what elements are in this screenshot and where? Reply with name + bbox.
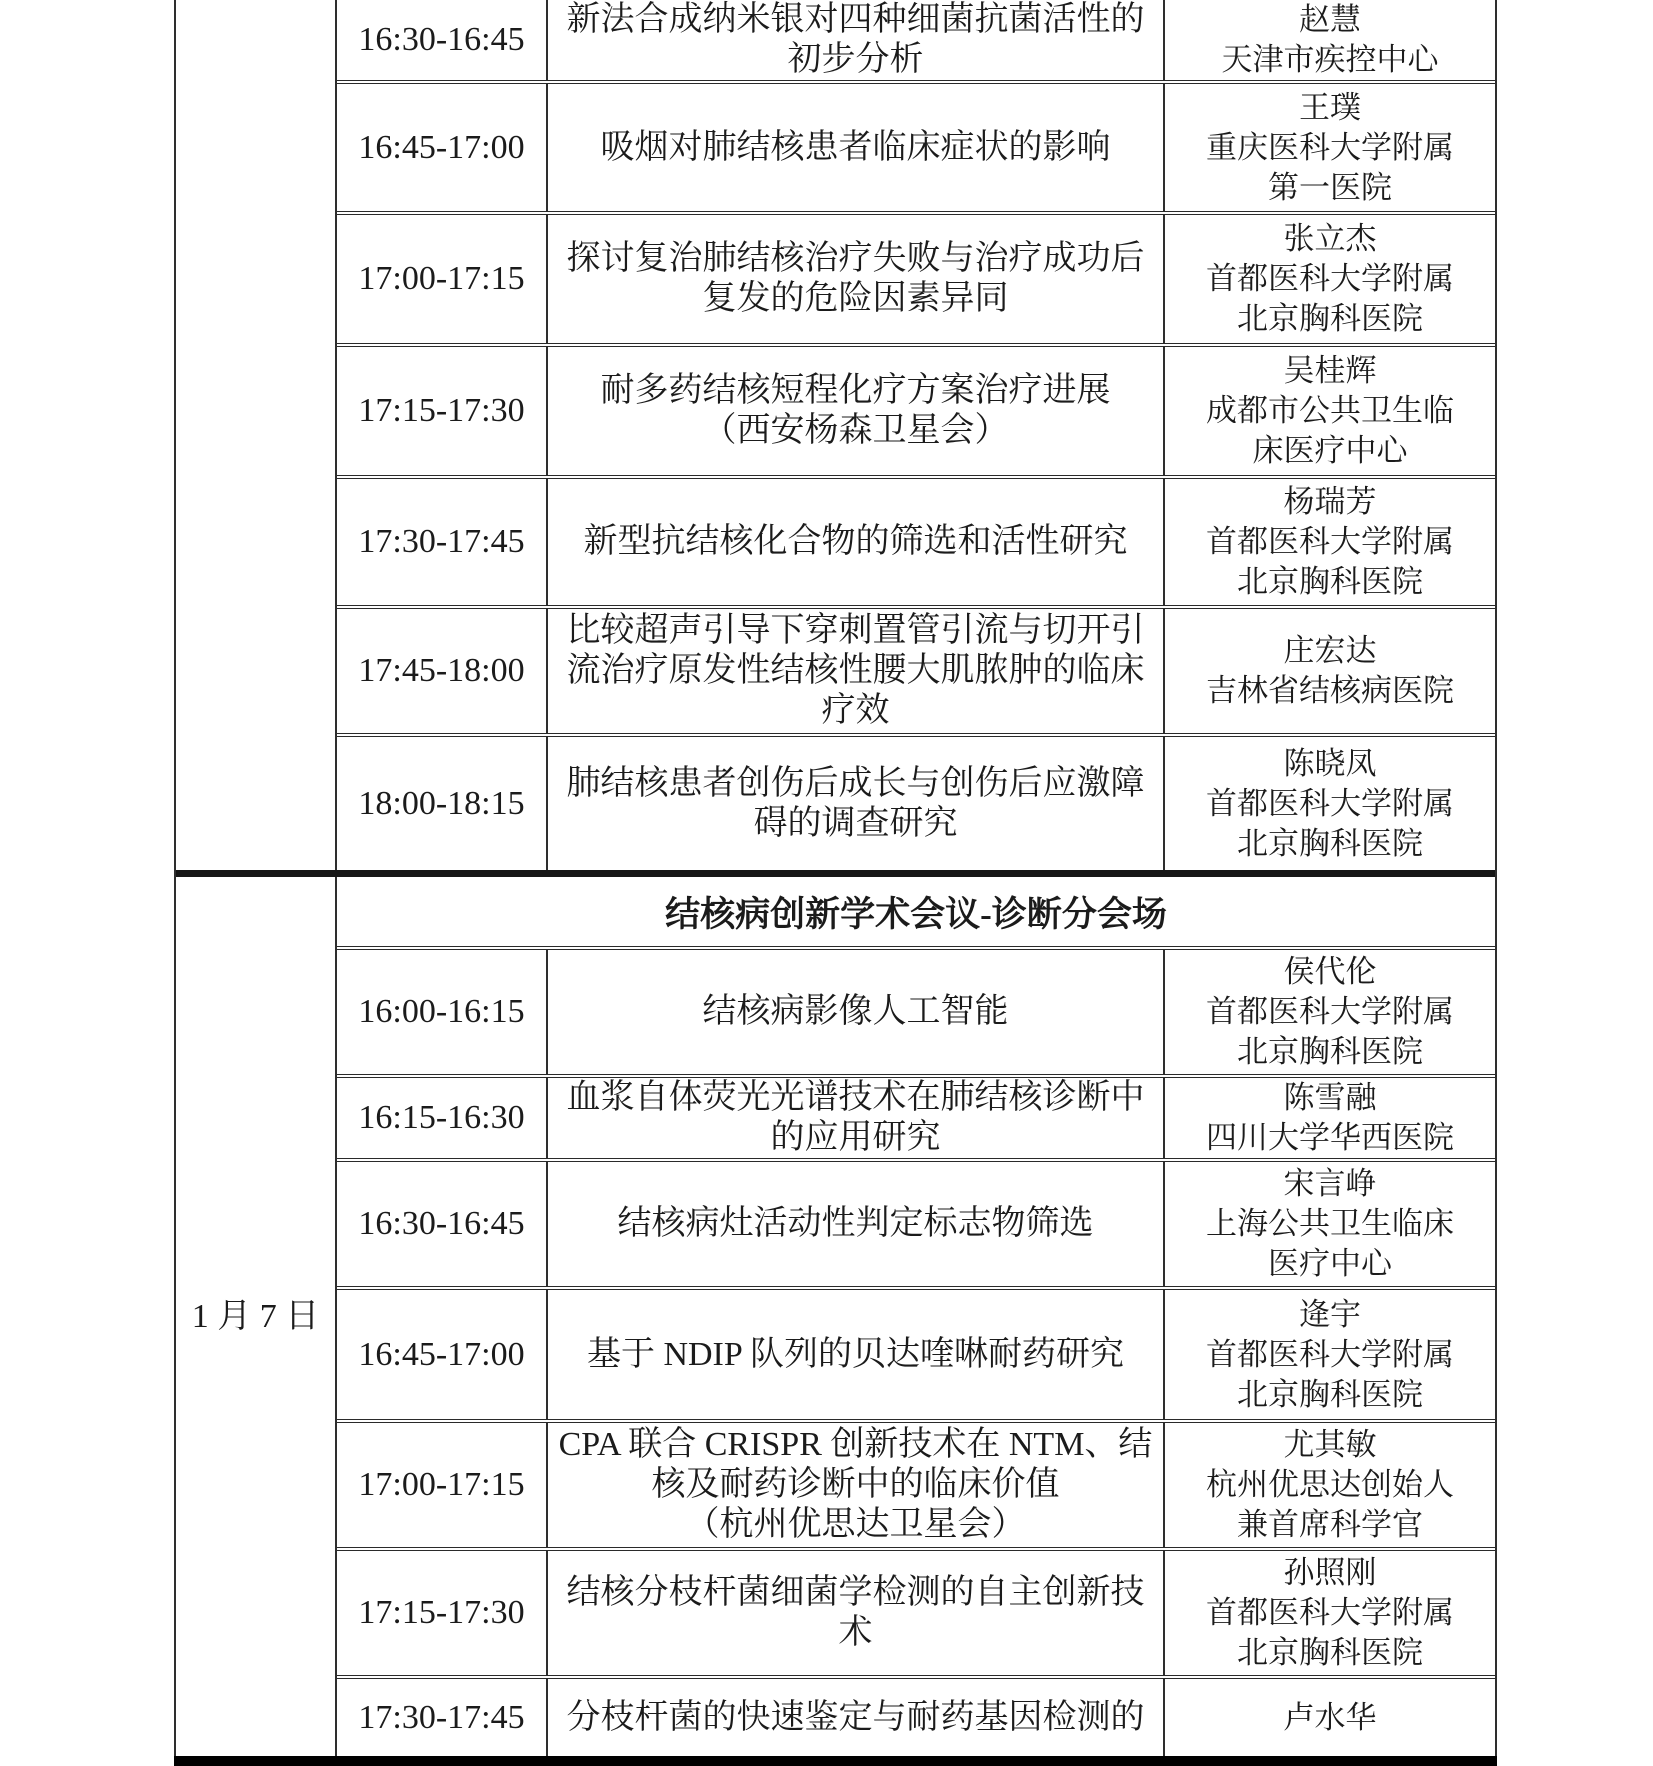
date-cell <box>176 0 337 870</box>
title-cell: 结核分枝杆菌细菌学检测的自主创新技术 <box>548 1551 1165 1675</box>
time-cell: 17:00-17:15 <box>337 1423 548 1547</box>
time-cell: 17:15-17:30 <box>337 1551 548 1675</box>
time-cell: 16:00-16:15 <box>337 950 548 1074</box>
title-cell: 新法合成纳米银对四种细菌抗菌活性的初步分析 <box>548 0 1165 80</box>
time-cell: 17:45-18:00 <box>337 609 548 733</box>
title-cell: 结核病影像人工智能 <box>548 950 1165 1074</box>
speaker-cell: 张立杰 首都医科大学附属北京胸科医院 <box>1165 215 1495 343</box>
speaker-cell: 杨瑞芳 首都医科大学附属北京胸科医院 <box>1165 479 1495 605</box>
day-group: 16:30-16:45新法合成纳米银对四种细菌抗菌活性的初步分析赵慧 天津市疾控… <box>176 0 1495 877</box>
title-cell: 耐多药结核短程化疗方案治疗进展 （西安杨森卫星会） <box>548 347 1165 475</box>
schedule-row: 16:45-17:00基于 NDIP 队列的贝达喹啉耐药研究逄宇 首都医科大学附… <box>337 1290 1495 1423</box>
schedule-row: 18:00-18:15肺结核患者创伤后成长与创伤后应激障碍的调查研究陈晓凤 首都… <box>337 737 1495 870</box>
title-cell: 分枝杆菌的快速鉴定与耐药基因检测的 <box>548 1679 1165 1756</box>
time-cell: 18:00-18:15 <box>337 737 548 870</box>
time-cell: 16:30-16:45 <box>337 0 548 80</box>
time-cell: 16:15-16:30 <box>337 1078 548 1158</box>
time-cell: 16:45-17:00 <box>337 84 548 211</box>
speaker-cell: 孙照刚 首都医科大学附属北京胸科医院 <box>1165 1551 1495 1675</box>
schedule-row: 16:00-16:15结核病影像人工智能侯代伦 首都医科大学附属北京胸科医院 <box>337 950 1495 1078</box>
speaker-cell: 逄宇 首都医科大学附属北京胸科医院 <box>1165 1290 1495 1419</box>
time-cell: 17:30-17:45 <box>337 1679 548 1756</box>
title-cell: 基于 NDIP 队列的贝达喹啉耐药研究 <box>548 1290 1165 1419</box>
title-cell: 肺结核患者创伤后成长与创伤后应激障碍的调查研究 <box>548 737 1165 870</box>
time-cell: 16:30-16:45 <box>337 1162 548 1286</box>
session-header: 结核病创新学术会议-诊断分会场 <box>337 877 1495 950</box>
title-cell: 吸烟对肺结核患者临床症状的影响 <box>548 84 1165 211</box>
schedule-row: 17:15-17:30耐多药结核短程化疗方案治疗进展 （西安杨森卫星会）吴桂辉 … <box>337 347 1495 479</box>
schedule-row: 17:30-17:45新型抗结核化合物的筛选和活性研究杨瑞芳 首都医科大学附属北… <box>337 479 1495 609</box>
document-page: 16:30-16:45新法合成纳米银对四种细菌抗菌活性的初步分析赵慧 天津市疾控… <box>0 0 1653 1766</box>
title-cell: 血浆自体荧光光谱技术在肺结核诊断中的应用研究 <box>548 1078 1165 1158</box>
title-cell: 探讨复治肺结核治疗失败与治疗成功后复发的危险因素异同 <box>548 215 1165 343</box>
speaker-cell: 赵慧 天津市疾控中心 <box>1165 0 1495 80</box>
speaker-cell: 陈晓凤 首都医科大学附属北京胸科医院 <box>1165 737 1495 870</box>
schedule-row: 17:15-17:30结核分枝杆菌细菌学检测的自主创新技术孙照刚 首都医科大学附… <box>337 1551 1495 1679</box>
speaker-cell: 吴桂辉 成都市公共卫生临床医疗中心 <box>1165 347 1495 475</box>
schedule-row: 17:45-18:00比较超声引导下穿刺置管引流与切开引流治疗原发性结核性腰大肌… <box>337 609 1495 737</box>
schedule-row: 16:45-17:00吸烟对肺结核患者临床症状的影响王璞 重庆医科大学附属第一医… <box>337 84 1495 215</box>
schedule-row: 17:00-17:15CPA 联合 CRISPR 创新技术在 NTM、结核及耐药… <box>337 1423 1495 1551</box>
title-cell: 新型抗结核化合物的筛选和活性研究 <box>548 479 1165 605</box>
date-cell: 1 月 7 日 <box>176 877 337 1756</box>
speaker-cell: 宋言峥 上海公共卫生临床医疗中心 <box>1165 1162 1495 1286</box>
speaker-cell: 陈雪融 四川大学华西医院 <box>1165 1078 1495 1158</box>
day-group: 1 月 7 日结核病创新学术会议-诊断分会场16:00-16:15结核病影像人工… <box>176 877 1495 1756</box>
schedule-row: 16:30-16:45结核病灶活动性判定标志物筛选宋言峥 上海公共卫生临床医疗中… <box>337 1162 1495 1290</box>
time-cell: 16:45-17:00 <box>337 1290 548 1419</box>
title-cell: 结核病灶活动性判定标志物筛选 <box>548 1162 1165 1286</box>
page-bottom-border <box>174 1756 1497 1766</box>
speaker-cell: 尤其敏 杭州优思达创始人兼首席科学官 <box>1165 1423 1495 1547</box>
schedule-table: 16:30-16:45新法合成纳米银对四种细菌抗菌活性的初步分析赵慧 天津市疾控… <box>174 0 1497 1756</box>
speaker-cell: 王璞 重庆医科大学附属第一医院 <box>1165 84 1495 211</box>
schedule-row: 16:30-16:45新法合成纳米银对四种细菌抗菌活性的初步分析赵慧 天津市疾控… <box>337 0 1495 84</box>
title-cell: 比较超声引导下穿刺置管引流与切开引流治疗原发性结核性腰大肌脓肿的临床疗效 <box>548 609 1165 733</box>
schedule-row: 16:15-16:30血浆自体荧光光谱技术在肺结核诊断中的应用研究陈雪融 四川大… <box>337 1078 1495 1162</box>
time-cell: 17:30-17:45 <box>337 479 548 605</box>
schedule-row: 17:30-17:45分枝杆菌的快速鉴定与耐药基因检测的卢水华 <box>337 1679 1495 1756</box>
time-cell: 17:15-17:30 <box>337 347 548 475</box>
schedule-row: 17:00-17:15探讨复治肺结核治疗失败与治疗成功后复发的危险因素异同张立杰… <box>337 215 1495 347</box>
speaker-cell: 卢水华 <box>1165 1679 1495 1756</box>
time-cell: 17:00-17:15 <box>337 215 548 343</box>
title-cell: CPA 联合 CRISPR 创新技术在 NTM、结核及耐药诊断中的临床价值 （杭… <box>548 1423 1165 1547</box>
speaker-cell: 侯代伦 首都医科大学附属北京胸科医院 <box>1165 950 1495 1074</box>
speaker-cell: 庄宏达 吉林省结核病医院 <box>1165 609 1495 733</box>
